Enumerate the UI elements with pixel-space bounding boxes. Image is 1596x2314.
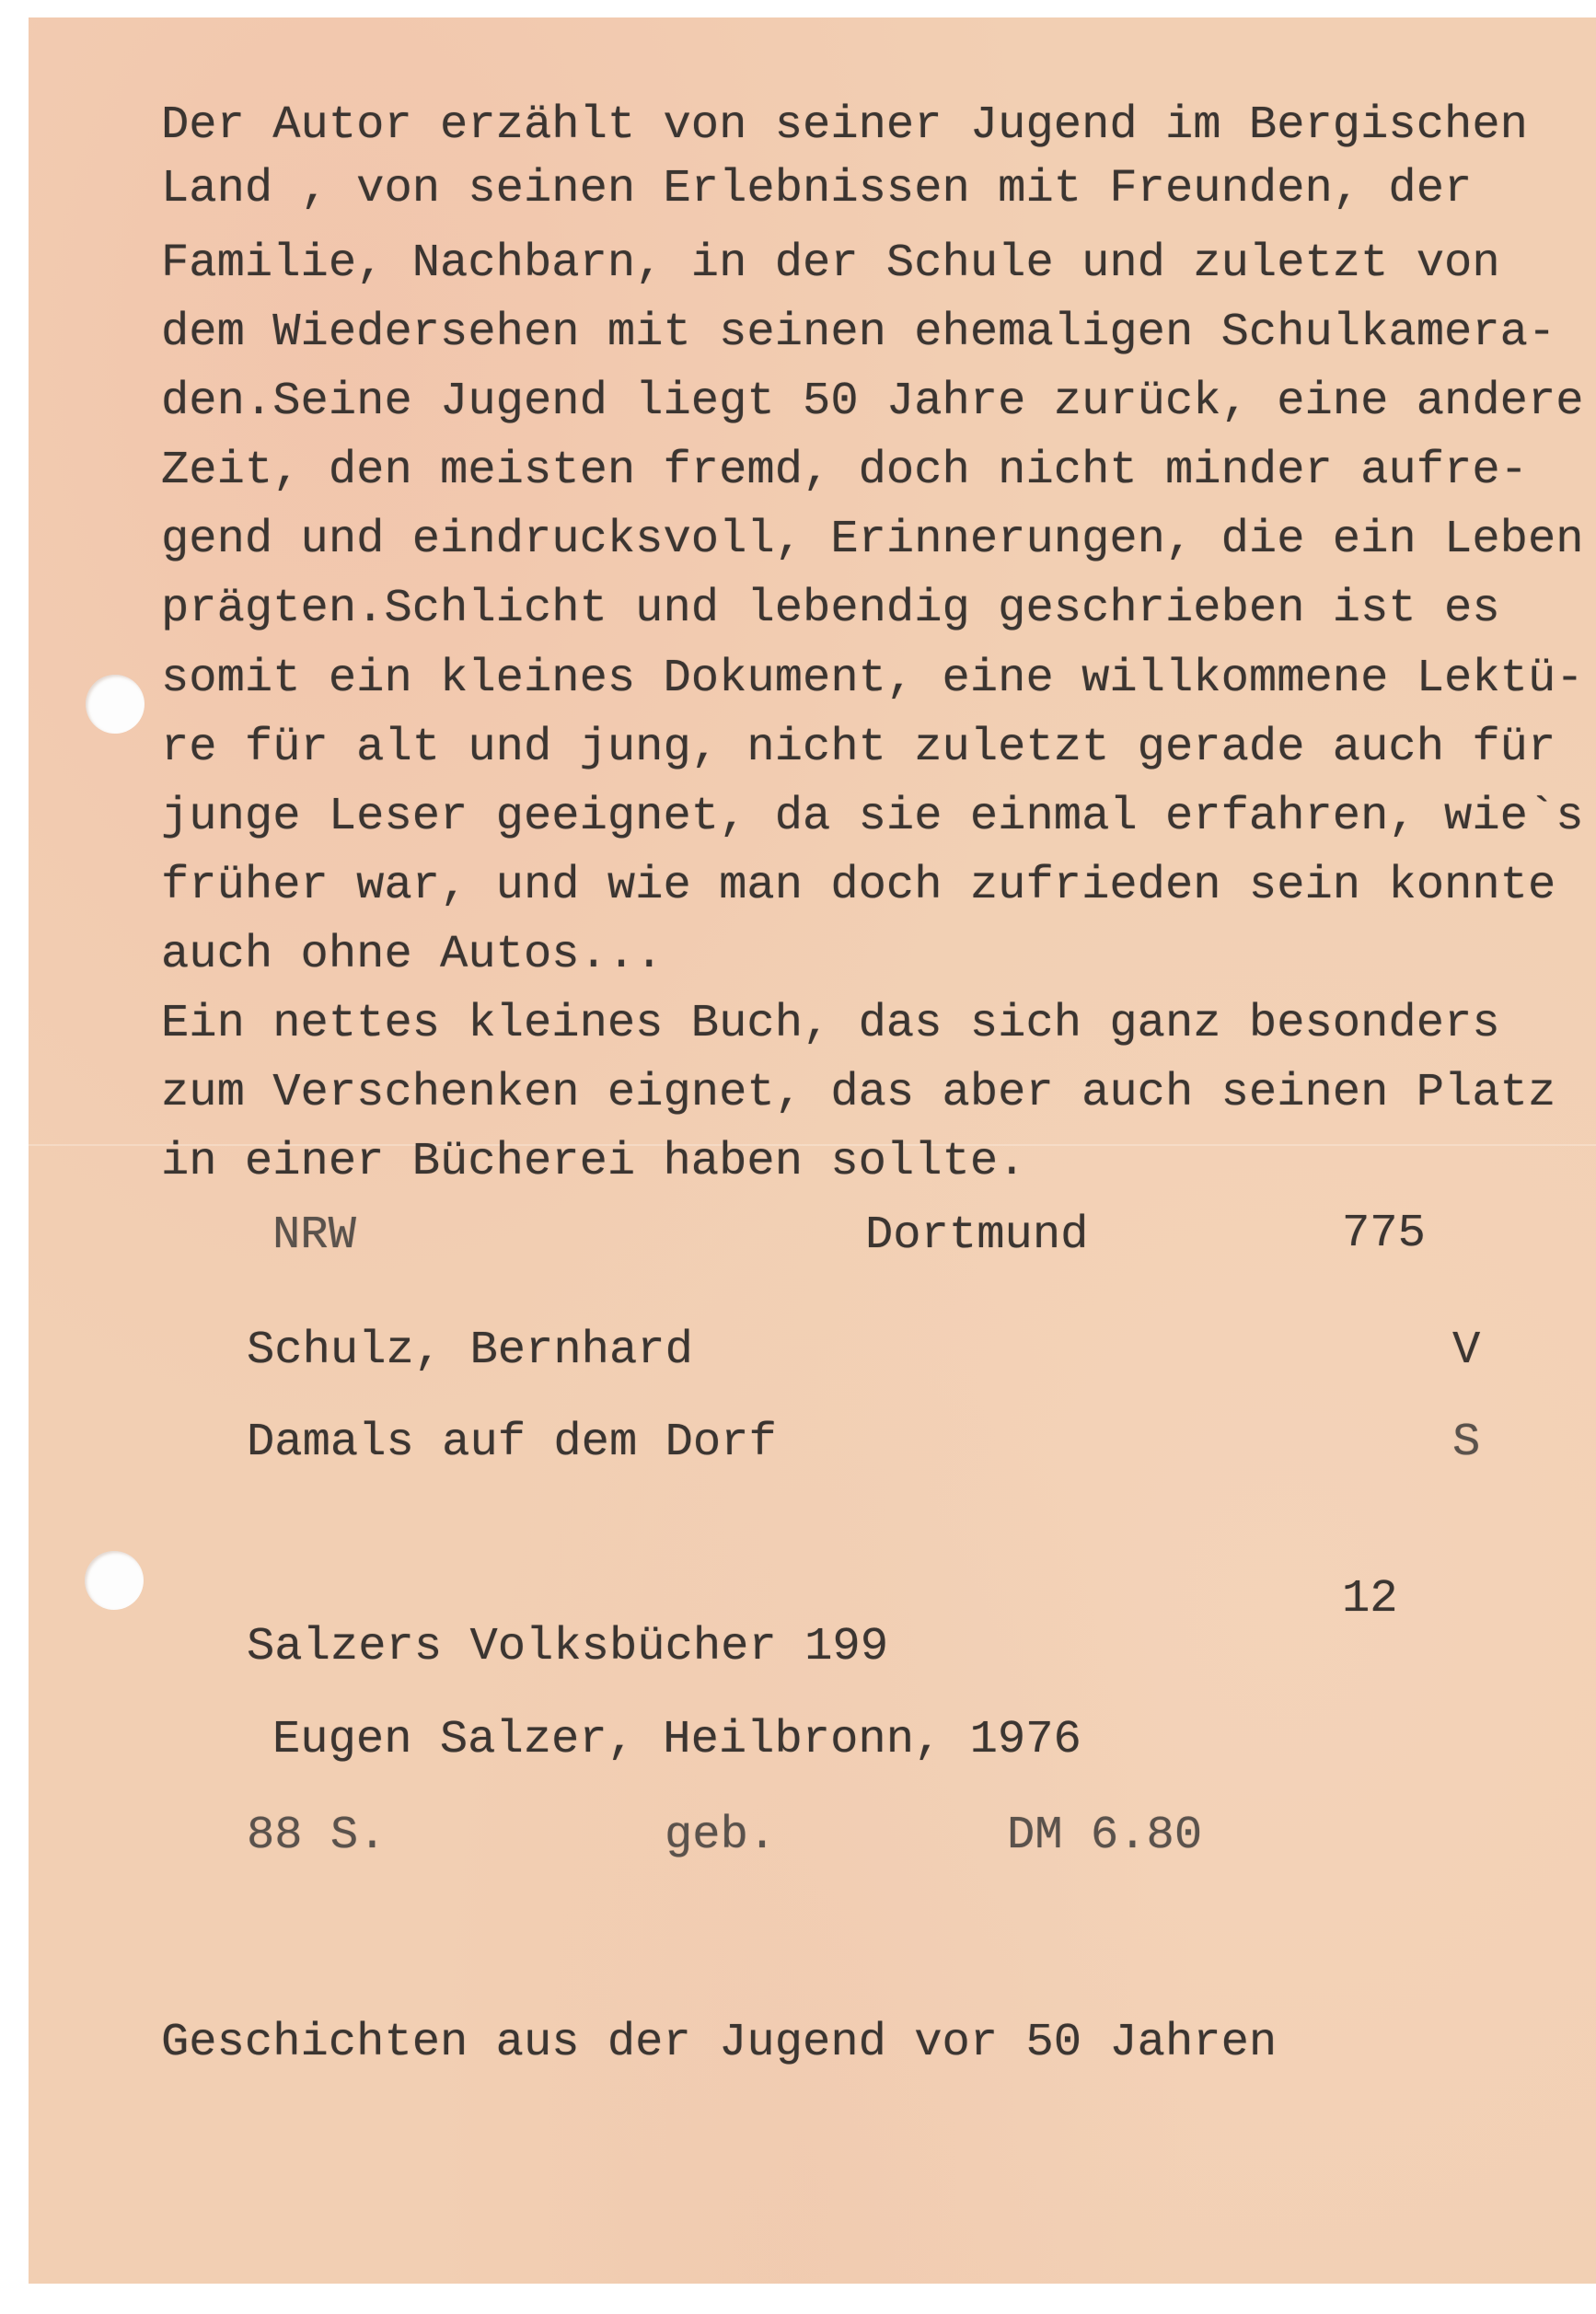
catalog-number: 12 [1342,1577,1398,1624]
catalog-author-mark: V [1452,1328,1480,1375]
review-line: Der Autor erzählt von seiner Jugend im B… [161,103,1528,150]
catalog-code: 775 [1342,1211,1426,1258]
catalog-subtitle: Geschichten aus der Jugend vor 50 Jahren [161,2020,1277,2067]
catalog-price: DM 6.80 [1007,1813,1202,1860]
review-line: Zeit, den meisten fremd, doch nicht mind… [161,448,1528,495]
catalog-author: Schulz, Bernhard [247,1328,693,1375]
review-line: auch ohne Autos... [161,932,664,979]
review-line: zum Verschenken eignet, das aber auch se… [161,1070,1556,1117]
catalog-title: Damals auf dem Dorf [247,1420,777,1467]
catalog-binding: geb. [665,1813,776,1860]
catalog-region: NRW [272,1213,356,1260]
review-line: in einer Bücherei haben sollte. [161,1140,1025,1186]
review-line: Land , von seinen Erlebnissen mit Freund… [161,167,1472,214]
review-line: junge Leser geeignet, da sie einmal erfa… [161,794,1584,841]
review-line: Ein nettes kleines Buch, das sich ganz b… [161,1001,1500,1048]
review-line: den.Seine Jugend liegt 50 Jahre zurück, … [161,379,1584,426]
catalog-title-mark: S [1452,1420,1480,1467]
catalog-city: Dortmund [865,1213,1088,1260]
catalog-publisher: Eugen Salzer, Heilbronn, 1976 [272,1718,1081,1764]
review-line: re für alt und jung, nicht zuletzt gerad… [161,725,1556,772]
catalog-series: Salzers Volksbücher 199 [247,1625,888,1672]
punch-hole-top [86,675,145,734]
review-line: gend und eindrucksvoll, Erinnerungen, di… [161,517,1584,564]
review-line: prägten.Schlicht und lebendig geschriebe… [161,586,1500,633]
review-line: Familie, Nachbarn, in der Schule und zul… [161,241,1500,288]
review-line: dem Wiedersehen mit seinen ehemaligen Sc… [161,310,1556,357]
review-line: somit ein kleines Dokument, eine willkom… [161,656,1584,703]
review-line: früher war, und wie man doch zufrieden s… [161,863,1556,910]
catalog-pages: 88 S. [247,1813,387,1860]
punch-hole-bottom [85,1551,144,1610]
